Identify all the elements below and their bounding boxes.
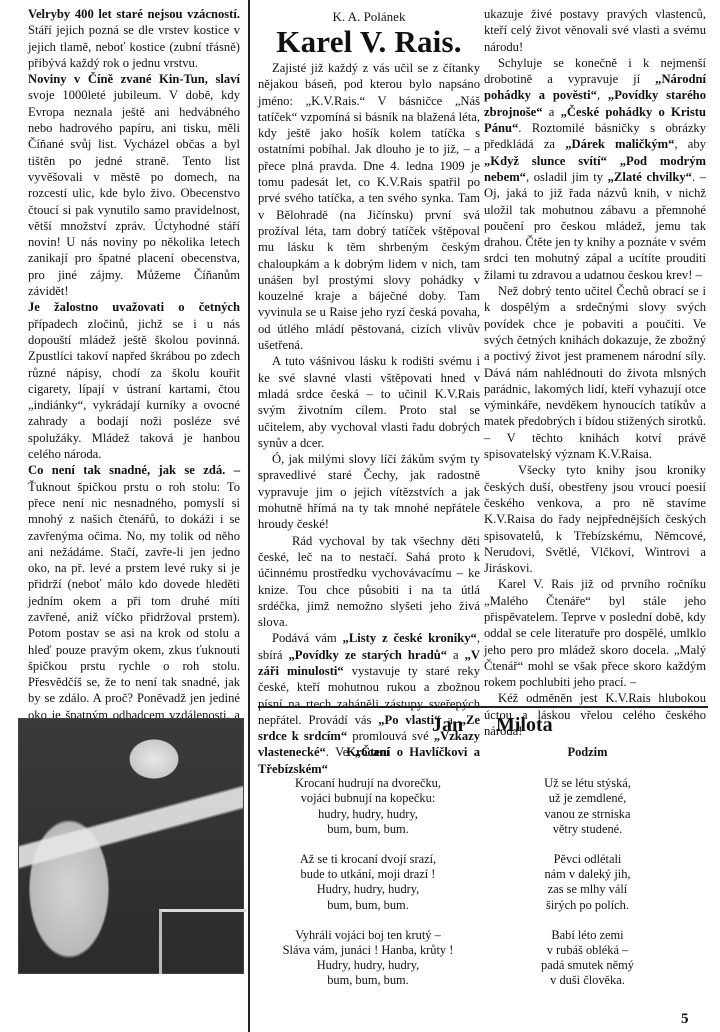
poem-line: hudry, hudry, hudry, xyxy=(268,807,468,822)
article-paragraph: ukazuje živé postavy pravých vlastenců, … xyxy=(484,6,706,55)
article-column-middle: Zajisté již každý z vás učil se z čítank… xyxy=(258,60,480,777)
photo-boy-at-table xyxy=(18,718,244,974)
article-paragraph: A tuto vášnivou lásku k rodišti svému i … xyxy=(258,353,480,451)
poet-first-name: Jan xyxy=(432,714,463,737)
column-divider-vertical xyxy=(248,0,250,1032)
article-column-right: ukazuje živé postavy pravých vlastenců, … xyxy=(484,6,706,739)
article-paragraph: Karel V. Rais již od prvního ročníku „Ma… xyxy=(484,576,706,690)
article-paragraph: Než dobrý tento učitel Čechů obrací se i… xyxy=(484,283,706,462)
poem-line: Hudry, hudry, hudry, xyxy=(268,958,468,973)
poem-line: Hudry, hudry, hudry, xyxy=(268,882,468,897)
news-item-text: svoje 1000leté jubileum. V době, kdy Evr… xyxy=(28,88,240,298)
section-divider-horizontal xyxy=(258,706,708,708)
poem-line: Babí léto zemi xyxy=(520,928,655,943)
article-paragraph: Všecky tyto knihy jsou kroniky českých d… xyxy=(484,462,706,576)
poem-stanza: Až se ti krocaní dvojí srazí, bude to ut… xyxy=(268,852,468,913)
poem-title: Krocaní xyxy=(268,745,468,760)
poem-line: Pěvci odlétali xyxy=(520,852,655,867)
text-run: , xyxy=(597,88,608,102)
poem-line: Sláva vám, junáci ! Hanba, krůty ! xyxy=(268,943,468,958)
poem-line: už je zemdlené, xyxy=(520,791,655,806)
text-run: , aby xyxy=(674,137,706,151)
news-item-text: Stáří jejich pozná se dle vrstev kostice… xyxy=(28,23,240,70)
news-item-lead: Co není tak snadné, jak se zdá. – xyxy=(28,463,240,477)
poem-line: bude to utkání, moji drazí ! xyxy=(268,867,468,882)
article-title: Karel V. Rais. xyxy=(258,24,480,60)
poem-line: vanou ze strniska xyxy=(520,807,655,822)
poem-line: padá smutek němý xyxy=(520,958,655,973)
text-run: promlouvá své xyxy=(347,729,434,743)
poem-stanza: Krocaní hudrují na dvorečku, vojáci bubn… xyxy=(268,776,468,837)
poem-stanza: Vyhráli vojáci boj ten krutý – Sláva vám… xyxy=(268,928,468,989)
news-item: Je žalostno uvažovati o četných případec… xyxy=(28,299,240,462)
book-title: „Listy z české kroniky“ xyxy=(343,631,477,645)
text-run: a xyxy=(543,105,561,119)
article-byline: K. A. Polánek xyxy=(258,9,480,25)
poem-line: Vyhráli vojáci boj ten krutý – xyxy=(268,928,468,943)
article-paragraph: Rád vychoval by tak všechny děti české, … xyxy=(258,533,480,631)
poem-krocani: Krocaní Krocaní hudrují na dvorečku, voj… xyxy=(268,745,468,1004)
poem-title: Podzim xyxy=(520,745,655,760)
news-item: Noviny v Číně zvané Kin-Tun, slaví svoje… xyxy=(28,71,240,299)
news-item: Co není tak snadné, jak se zdá. – Ťuknou… xyxy=(28,462,240,755)
poet-last-name: Milota xyxy=(496,714,553,737)
book-title: „Dárek maličkým“ xyxy=(565,137,674,151)
poem-stanza: Pěvci odlétali nám v daleký jih, zas se … xyxy=(520,852,655,913)
poem-line: vojáci bubnují na kopečku: xyxy=(268,791,468,806)
news-item-lead: Noviny v Číně zvané Kin-Tun, slaví xyxy=(28,72,240,86)
poem-line: Krocaní hudrují na dvorečku, xyxy=(268,776,468,791)
news-item: Velryby 400 let staré nejsou vzácností. … xyxy=(28,6,240,71)
news-item-text: Ťuknout špičkou prstu o roh stolu: To př… xyxy=(28,480,240,755)
short-news-column: Velryby 400 let staré nejsou vzácností. … xyxy=(28,6,240,756)
poem-line: širých po polích. xyxy=(520,898,655,913)
news-item-text: případech zločinů, jichž se i u nás dopo… xyxy=(28,317,240,461)
page-number: 5 xyxy=(681,1011,689,1028)
poem-line: bum, bum, bum. xyxy=(268,898,468,913)
text-run: , osladil jim ty xyxy=(526,170,608,184)
article-paragraph: Ó, jak milými slovy líčí žákům svým ty s… xyxy=(258,451,480,532)
poem-line: Až se ti krocaní dvojí srazí, xyxy=(268,852,468,867)
poem-line: v duši člověka. xyxy=(520,973,655,988)
text-run: Podává vám xyxy=(272,631,343,645)
book-title: „Povídky ze starých hradů“ xyxy=(288,648,447,662)
poem-line: zas se mlhy válí xyxy=(520,882,655,897)
poem-line: bum, bum, bum. xyxy=(268,822,468,837)
poem-stanza: Už se létu stýská, už je zemdlené, vanou… xyxy=(520,776,655,837)
news-item-lead: Je žalostno uvažovati o četných xyxy=(28,300,240,314)
book-title: „Zlaté chvilky“ xyxy=(608,170,692,184)
poem-podzim: Podzim Už se létu stýská, už je zemdlené… xyxy=(520,745,655,1004)
poem-line: bum, bum, bum. xyxy=(268,973,468,988)
poem-line: nám v daleký jih, xyxy=(520,867,655,882)
poem-line: Už se létu stýská, xyxy=(520,776,655,791)
poem-line: větry studené. xyxy=(520,822,655,837)
article-paragraph: Schyluje se konečně i k nejmenší droboti… xyxy=(484,55,706,283)
text-run: . – Oj, jaká to již řada názvů knih, v n… xyxy=(484,170,706,282)
article-paragraph: Zajisté již každý z vás učil se z čítank… xyxy=(258,60,480,353)
text-run: a xyxy=(447,648,465,662)
poem-line: v rubáš obléká – xyxy=(520,943,655,958)
news-item-lead: Velryby 400 let staré nejsou vzácností. xyxy=(28,7,240,21)
poem-stanza: Babí léto zemi v rubáš obléká – padá smu… xyxy=(520,928,655,989)
